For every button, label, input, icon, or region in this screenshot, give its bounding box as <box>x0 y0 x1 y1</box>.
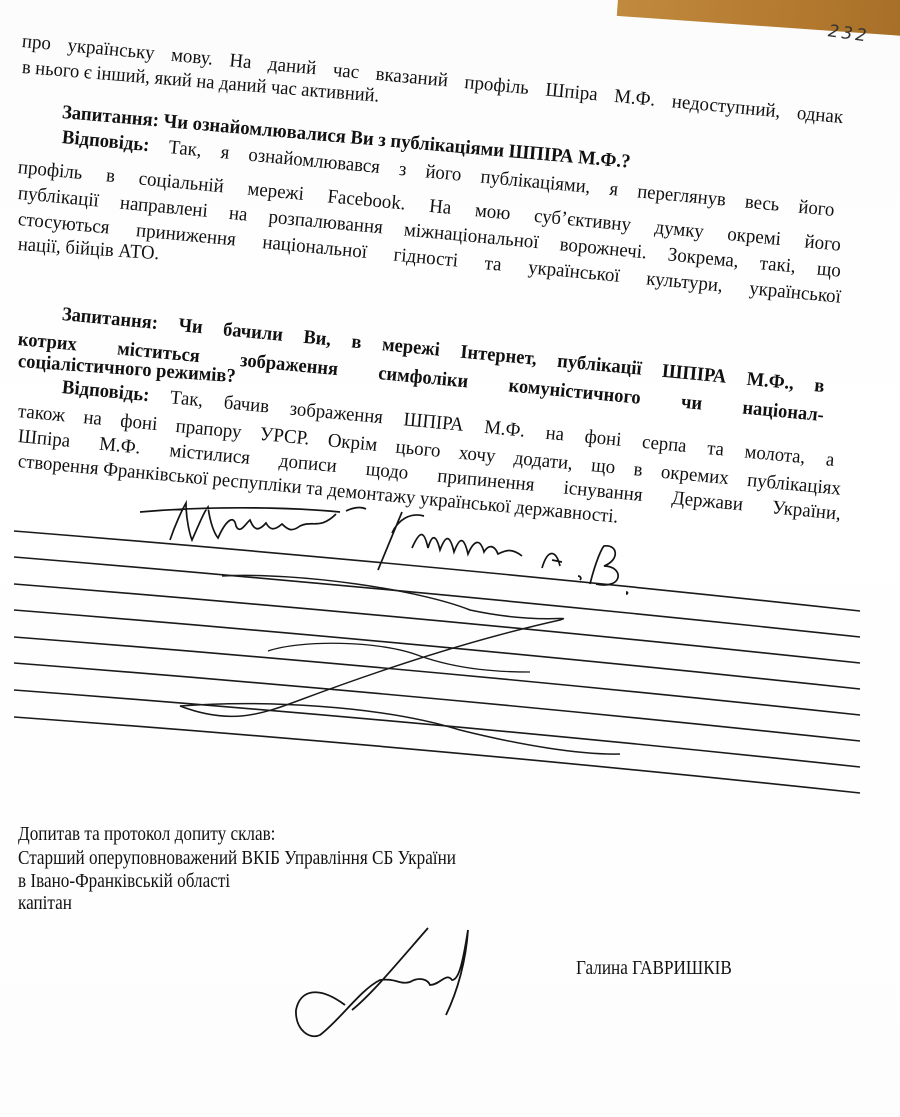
footer-line: Допитав та протокол допиту склав: <box>18 823 275 846</box>
officer-name: Галина ГАВРИШКІВ <box>576 958 732 980</box>
footer-line: капітан <box>18 892 72 915</box>
footer-line: в Івано-Франківській області <box>18 870 230 893</box>
footer-line: Старший оперуповноважений ВКІБ Управлінн… <box>18 847 456 870</box>
